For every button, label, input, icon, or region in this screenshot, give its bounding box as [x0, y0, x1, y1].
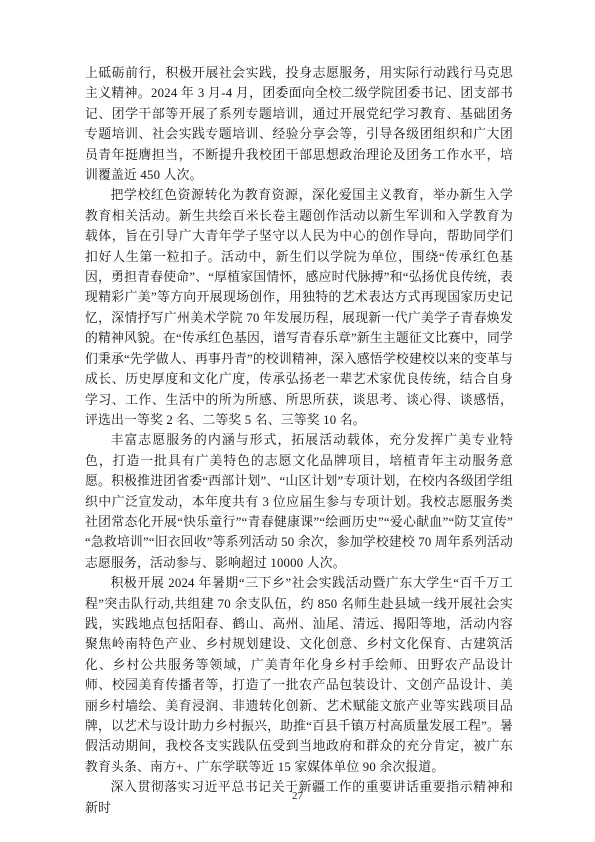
paragraph-volunteer-service: 丰富志愿服务的内涵与形式，拓展活动载体，充分发挥广美专业特色，打造一批具有广美特…: [85, 430, 513, 573]
paragraph-red-education: 把学校红色资源转化为教育资源，深化爱国主义教育，举办新生入学教育相关活动。新生共…: [85, 185, 513, 430]
paragraph-summer-practice: 积极开展 2024 年暑期“三下乡”社会实践活动暨广东大学生“百千万工程”突击队…: [85, 573, 513, 777]
document-body: 上砥砺前行，积极开展社会实践，投身志愿服务，用实际行动践行马克思主义精神。202…: [85, 63, 513, 818]
document-page: 上砥砺前行，积极开展社会实践，投身志愿服务，用实际行动践行马克思主义精神。202…: [0, 0, 595, 842]
page-number: 27: [0, 790, 595, 802]
paragraph-continuation: 上砥砺前行，积极开展社会实践，投身志愿服务，用实际行动践行马克思主义精神。202…: [85, 63, 513, 185]
